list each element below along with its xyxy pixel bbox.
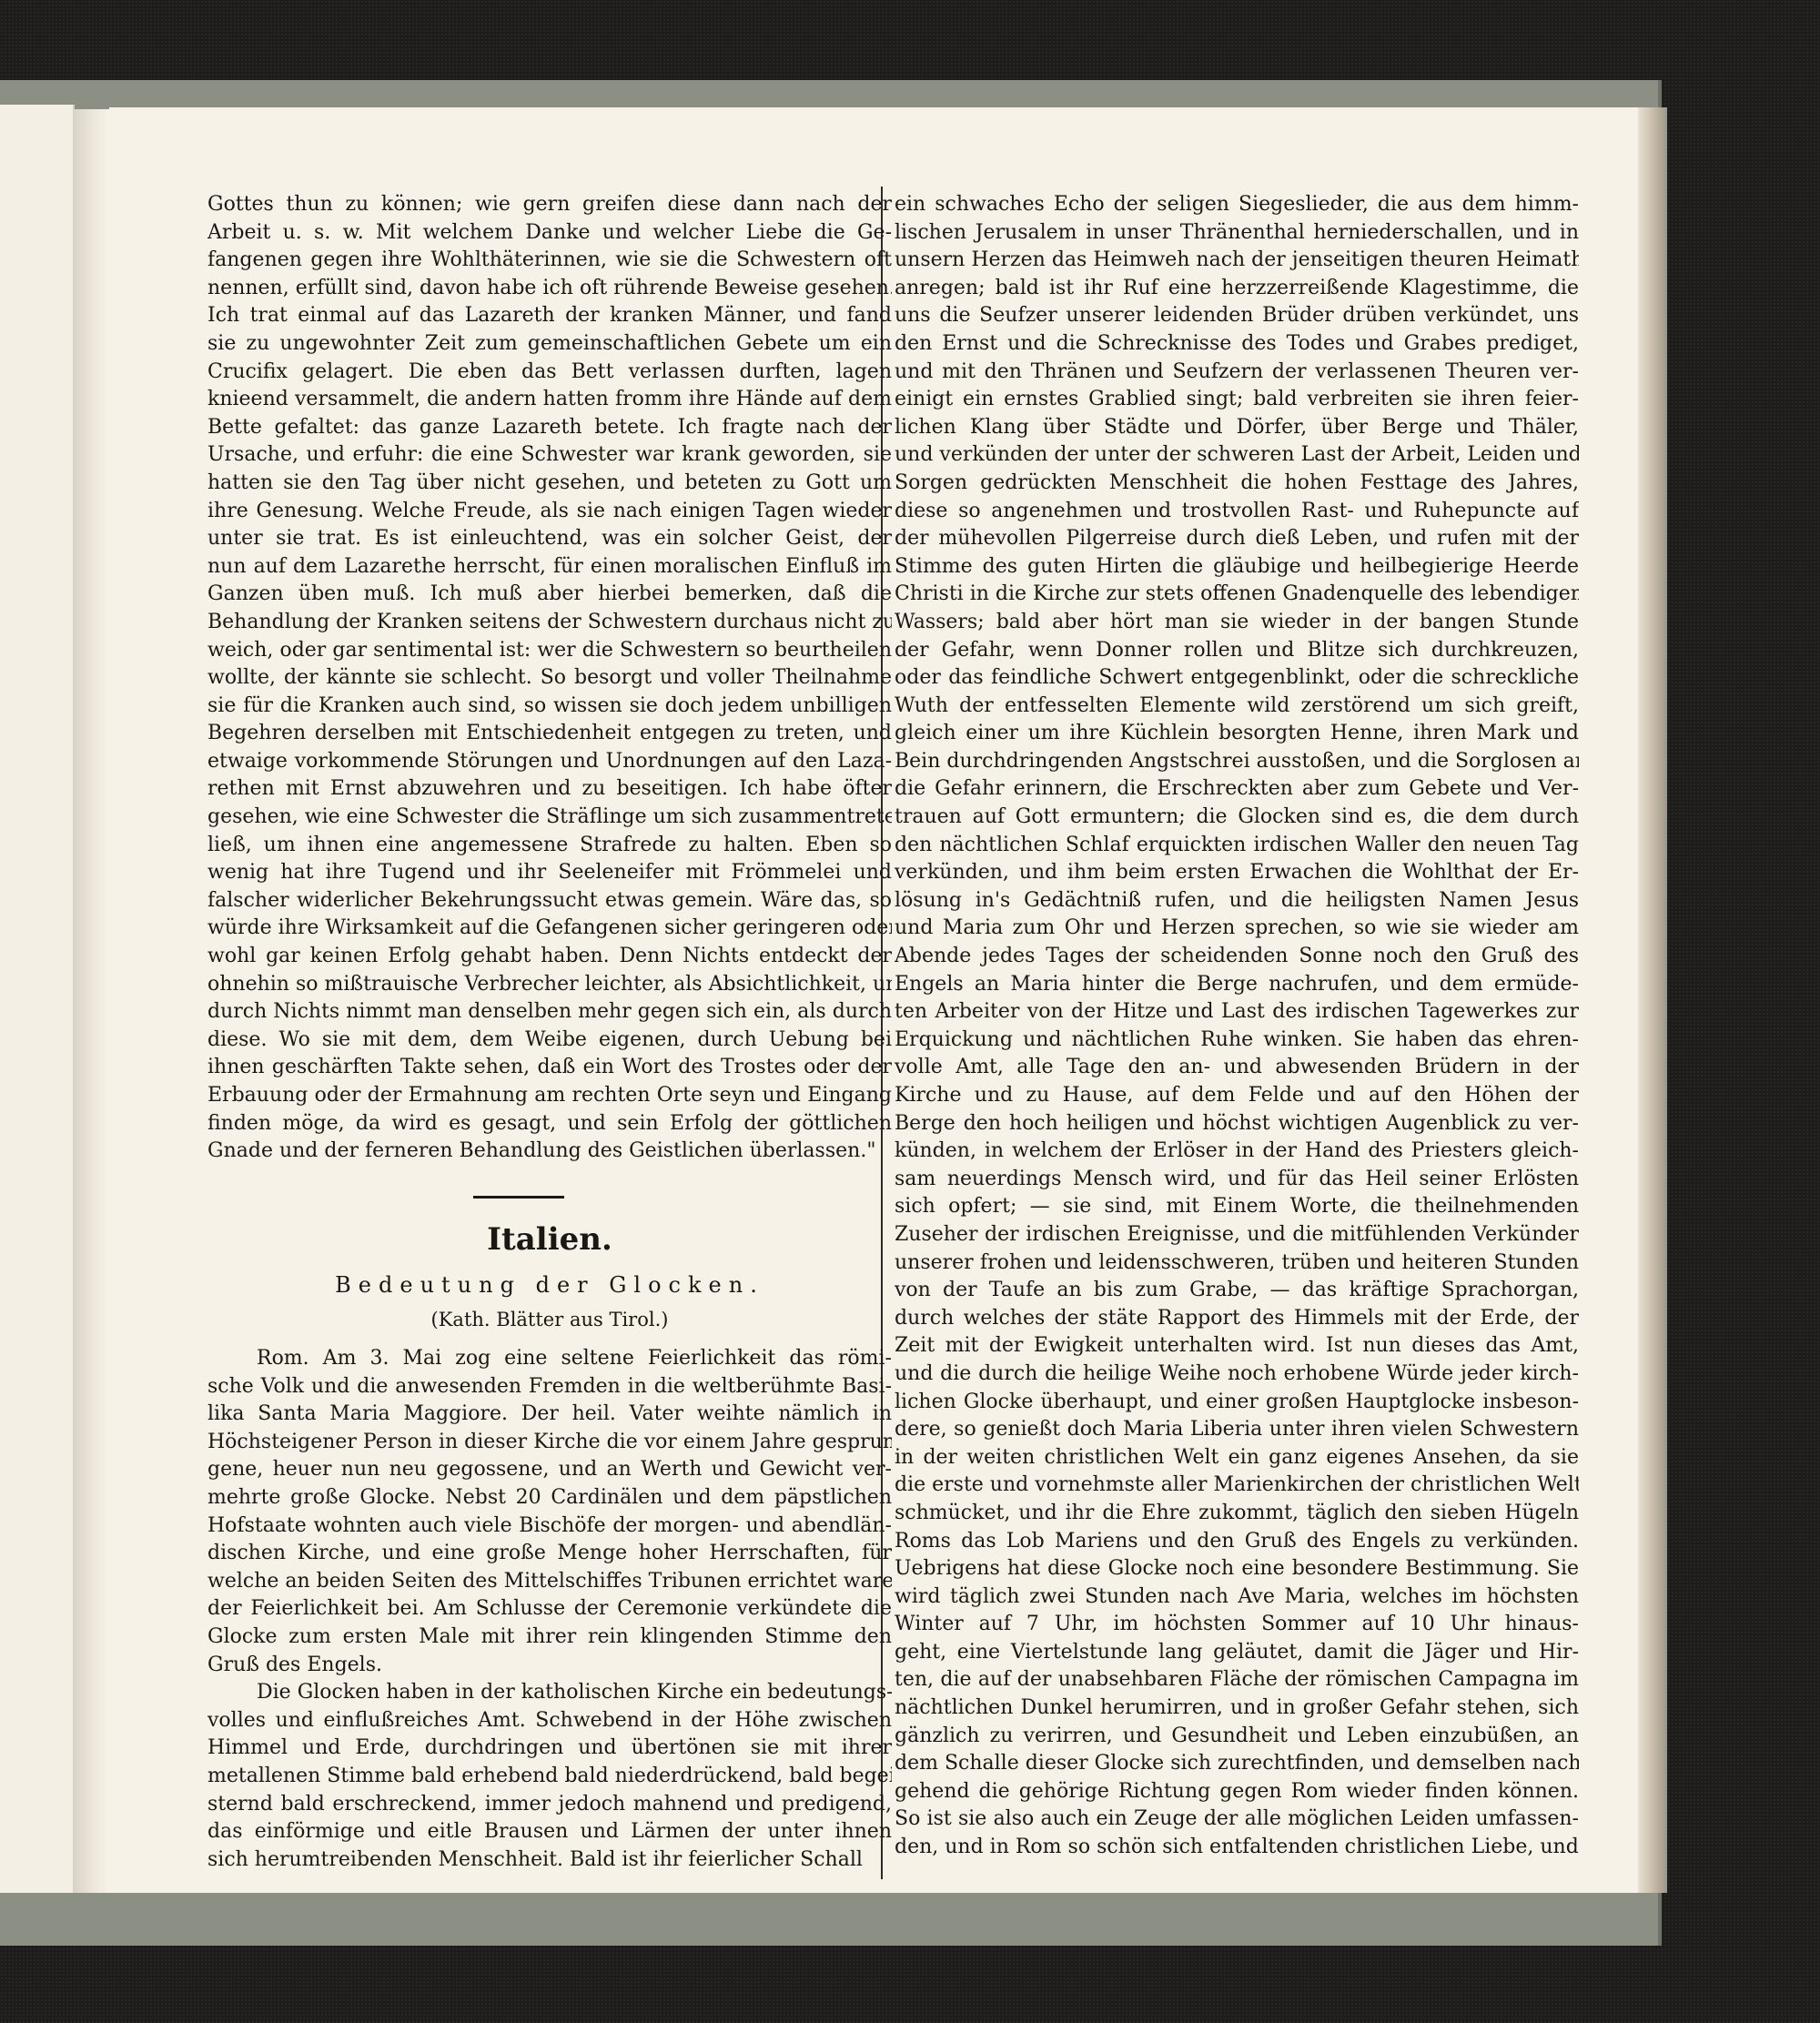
text-line: diese. Wo sie mit dem, dem Weibe eigenen… <box>207 1027 892 1055</box>
text-line: Himmel und Erde, durchdringen und übertö… <box>207 1735 892 1763</box>
text-line: diese so angenehmen und trostvollen Rast… <box>895 498 1579 526</box>
text-line: die erste und vornehmste aller Marienkir… <box>895 1472 1579 1500</box>
text-line: Winter auf 7 Uhr, im höchsten Sommer auf… <box>895 1611 1579 1639</box>
text-line: metallenen Stimme bald erhebend bald nie… <box>207 1763 892 1791</box>
text-line: dem Schalle dieser Glocke sich zurechtfi… <box>895 1750 1579 1778</box>
article-title: Bedeutung der Glocken. <box>207 1272 892 1298</box>
text-line: Ganzen üben muß. Ich muß aber hierbei be… <box>207 581 892 609</box>
text-line: rethen mit Ernst abzuwehren und zu besei… <box>207 775 892 804</box>
text-line: Ursache, und erfuhr: die eine Schwester … <box>207 441 892 470</box>
text-line: Engels an Maria hinter die Berge nachruf… <box>895 971 1579 999</box>
section-country-heading: Italien. <box>207 1221 892 1258</box>
left-page-edge <box>0 105 75 1893</box>
text-line: Uebrigens hat diese Glocke noch eine bes… <box>895 1555 1579 1583</box>
text-line: unsern Herzen das Heimweh nach der jense… <box>895 247 1579 275</box>
text-line: ohnehin so mißtrauische Verbrecher leich… <box>207 971 892 999</box>
text-line: ihnen geschärften Takte sehen, daß ein W… <box>207 1054 892 1082</box>
text-line: gehend die gehörige Richtung gegen Rom w… <box>895 1778 1579 1806</box>
text-line: ten Arbeiter von der Hitze und Last des … <box>895 998 1579 1027</box>
text-line: dischen Kirche, und eine große Menge hoh… <box>207 1540 892 1568</box>
text-line: ten, die auf der unabsehbaren Fläche der… <box>895 1666 1579 1694</box>
text-line: Erbauung oder der Ermahnung am rechten O… <box>207 1082 892 1110</box>
text-line: Wuth der entfesselten Elemente wild zers… <box>895 693 1579 721</box>
text-line: volle Amt, alle Tage den an- und abwesen… <box>895 1054 1579 1082</box>
text-line: Arbeit u. s. w. Mit welchem Danke und we… <box>207 219 892 248</box>
text-line: von der Taufe an bis zum Grabe, — das kr… <box>895 1277 1579 1305</box>
text-line: finden möge, da wird es gesagt, und sein… <box>207 1110 892 1138</box>
text-line: durch welches der stäte Rapport des Himm… <box>895 1305 1579 1333</box>
text-line: Bette gefaltet: das ganze Lazareth betet… <box>207 414 892 442</box>
text-line: Erquickung und nächtlichen Ruhe winken. … <box>895 1027 1579 1055</box>
text-line: sternd bald erschreckend, immer jedoch m… <box>207 1791 892 1819</box>
text-line: sich opfert; — sie sind, mit Einem Worte… <box>895 1193 1579 1221</box>
text-line: knieend versammelt, die andern hatten fr… <box>207 386 892 414</box>
text-line: uns die Seufzer unserer leidenden Brüder… <box>895 302 1579 330</box>
article-source: (Kath. Blätter aus Tirol.) <box>207 1309 892 1330</box>
text-line: trauen auf Gott ermuntern; die Glocken s… <box>895 804 1579 832</box>
text-line: sich herumtreibenden Menschheit. Bald is… <box>207 1846 892 1875</box>
text-line: durch Nichts nimmt man denselben mehr ge… <box>207 998 892 1027</box>
text-line: und Maria zum Ohr und Herzen sprechen, s… <box>895 915 1579 943</box>
text-line: den Ernst und die Schrecknisse des Todes… <box>895 330 1579 359</box>
text-line: Zuseher der irdischen Ereignisse, und di… <box>895 1221 1579 1249</box>
text-line: anregen; bald ist ihr Ruf eine herzzerre… <box>895 275 1579 303</box>
text-line: Zeit mit der Ewigkeit unterhalten wird. … <box>895 1332 1579 1360</box>
text-line: Roms das Lob Mariens und den Gruß des En… <box>895 1528 1579 1556</box>
text-line: Gottes thun zu können; wie gern greifen … <box>207 191 892 219</box>
text-line: Christi in die Kirche zur stets offenen … <box>895 581 1579 609</box>
text-line: fangenen gegen ihre Wohlthäterinnen, wie… <box>207 247 892 275</box>
text-line: Gnade und der ferneren Behandlung des Ge… <box>207 1138 892 1166</box>
text-line: gesehen, wie eine Schwester die Sträflin… <box>207 804 892 832</box>
text-line: Gruß des Engels. <box>207 1652 892 1680</box>
text-line: Begehren derselben mit Entschiedenheit e… <box>207 720 892 748</box>
text-line: ein schwaches Echo der seligen Siegeslie… <box>895 191 1579 219</box>
text-line: der mühevollen Pilgerreise durch dieß Le… <box>895 525 1579 553</box>
text-line: schmücket, und ihr die Ehre zukommt, täg… <box>895 1500 1579 1528</box>
text-line: unter sie trat. Es ist einleuchtend, was… <box>207 525 892 553</box>
text-line: und verkünden der unter der schweren Las… <box>895 441 1579 470</box>
text-line: die Gefahr erinnern, die Erschreckten ab… <box>895 775 1579 804</box>
text-line: verkünden, und ihm beim ersten Erwachen … <box>895 859 1579 887</box>
text-line: wird täglich zwei Stunden nach Ave Maria… <box>895 1583 1579 1612</box>
text-line: Ich trat einmal auf das Lazareth der kra… <box>207 302 892 330</box>
text-line: sie zu ungewohnter Zeit zum gemeinschaft… <box>207 330 892 359</box>
page-stack-edge <box>1638 107 1667 1893</box>
text-line: sche Volk und die anwesenden Fremden in … <box>207 1373 892 1401</box>
text-line: hatten sie den Tag über nicht gesehen, u… <box>207 470 892 498</box>
text-line: nun auf dem Lazarethe herrscht, für eine… <box>207 553 892 582</box>
text-line: den, und in Rom so schön sich entfaltend… <box>895 1834 1579 1862</box>
text-line: welche an beiden Seiten des Mittelschiff… <box>207 1568 892 1596</box>
text-line: mehrte große Glocke. Nebst 20 Cardinälen… <box>207 1484 892 1512</box>
text-line: falscher widerlicher Bekehrungssucht etw… <box>207 887 892 915</box>
text-line: Kirche und zu Hause, auf dem Felde und a… <box>895 1082 1579 1110</box>
text-line: einigt ein ernstes Grablied singt; bald … <box>895 386 1579 414</box>
text-line: unserer frohen und leidensschweren, trüb… <box>895 1249 1579 1278</box>
text-line: gänzlich zu verirren, und Gesundheit und… <box>895 1723 1579 1751</box>
text-line: nennen, erfüllt sind, davon habe ich oft… <box>207 275 892 303</box>
text-line: wohl gar keinen Erfolg gehabt haben. Den… <box>207 943 892 971</box>
gutter-shadow <box>73 109 109 1893</box>
text-line: wenig hat ihre Tugend und ihr Seeleneife… <box>207 859 892 887</box>
text-line: den nächtlichen Schlaf erquickten irdisc… <box>895 832 1579 860</box>
text-line: Höchsteigener Person in dieser Kirche di… <box>207 1429 892 1457</box>
text-line: wollte, der kännte sie schlecht. So beso… <box>207 664 892 693</box>
left-column: Gottes thun zu können; wie gern greifen … <box>207 191 892 1166</box>
text-line: geht, eine Viertelstunde lang geläutet, … <box>895 1639 1579 1667</box>
text-line: etwaige vorkommende Störungen und Unordn… <box>207 748 892 776</box>
text-line: gleich einer um ihre Küchlein besorgten … <box>895 720 1579 748</box>
text-line: ihre Genesung. Welche Freude, als sie na… <box>207 498 892 526</box>
right-column: ein schwaches Echo der seligen Siegeslie… <box>895 191 1579 1862</box>
text-line: Wassers; bald aber hört man sie wieder i… <box>895 609 1579 637</box>
text-line: lika Santa Maria Maggiore. Der heil. Vat… <box>207 1401 892 1429</box>
section-separator-rule <box>473 1196 564 1199</box>
text-line: der Feierlichkeit bei. Am Schlusse der C… <box>207 1595 892 1623</box>
text-line: und mit den Thränen und Seufzern der ver… <box>895 359 1579 387</box>
text-line: der Gefahr, wenn Donner rollen und Blitz… <box>895 637 1579 665</box>
text-line: lichen Glocke überhaupt, und einer große… <box>895 1389 1579 1417</box>
text-line: Stimme des guten Hirten die gläubige und… <box>895 553 1579 582</box>
left-column-article: Rom. Am 3. Mai zog eine seltene Feierlic… <box>207 1345 892 1874</box>
text-line: würde ihre Wirksamkeit auf die Gefangene… <box>207 915 892 943</box>
text-line: sam neuerdings Mensch wird, und für das … <box>895 1166 1579 1194</box>
text-line: künden, in welchem der Erlöser in der Ha… <box>895 1138 1579 1166</box>
text-line: lichen Klang über Städte und Dörfer, übe… <box>895 414 1579 442</box>
text-line: So ist sie also auch ein Zeuge der alle … <box>895 1806 1579 1834</box>
text-line: Crucifix gelagert. Die eben das Bett ver… <box>207 359 892 387</box>
text-line: in der weiten christlichen Welt ein ganz… <box>895 1444 1579 1472</box>
text-line: Sorgen gedrückten Menschheit die hohen F… <box>895 470 1579 498</box>
text-line: gene, heuer nun neu gegossene, und an We… <box>207 1456 892 1484</box>
text-line: das einförmige und eitle Brausen und Lär… <box>207 1818 892 1846</box>
text-line: lischen Jerusalem in unser Thränenthal h… <box>895 219 1579 248</box>
text-line: Hofstaate wohnten auch viele Bischöfe de… <box>207 1512 892 1541</box>
text-line: Die Glocken haben in der katholischen Ki… <box>207 1679 892 1707</box>
text-line: Bein durchdringenden Angstschrei ausstoß… <box>895 748 1579 776</box>
text-line: weich, oder gar sentimental ist: wer die… <box>207 637 892 665</box>
text-line: lösung in's Gedächtniß rufen, und die he… <box>895 887 1579 915</box>
text-line: sie für die Kranken auch sind, so wissen… <box>207 693 892 721</box>
text-line: volles und einflußreiches Amt. Schwebend… <box>207 1707 892 1735</box>
text-line: nächtlichen Dunkel herumirren, und in gr… <box>895 1694 1579 1723</box>
text-line: dere, so genießt doch Maria Liberia unte… <box>895 1416 1579 1444</box>
text-line: Behandlung der Kranken seitens der Schwe… <box>207 609 892 637</box>
text-line: oder das feindliche Schwert entgegenblin… <box>895 664 1579 693</box>
text-line: Glocke zum ersten Male mit ihrer rein kl… <box>207 1623 892 1652</box>
text-line: und die durch die heilige Weihe noch erh… <box>895 1360 1579 1389</box>
text-line: ließ, um ihnen eine angemessene Strafred… <box>207 832 892 860</box>
text-line: Rom. Am 3. Mai zog eine seltene Feierlic… <box>207 1345 892 1373</box>
text-line: Berge den hoch heiligen und höchst wicht… <box>895 1110 1579 1138</box>
text-line: Abende jedes Tages der scheidenden Sonne… <box>895 943 1579 971</box>
